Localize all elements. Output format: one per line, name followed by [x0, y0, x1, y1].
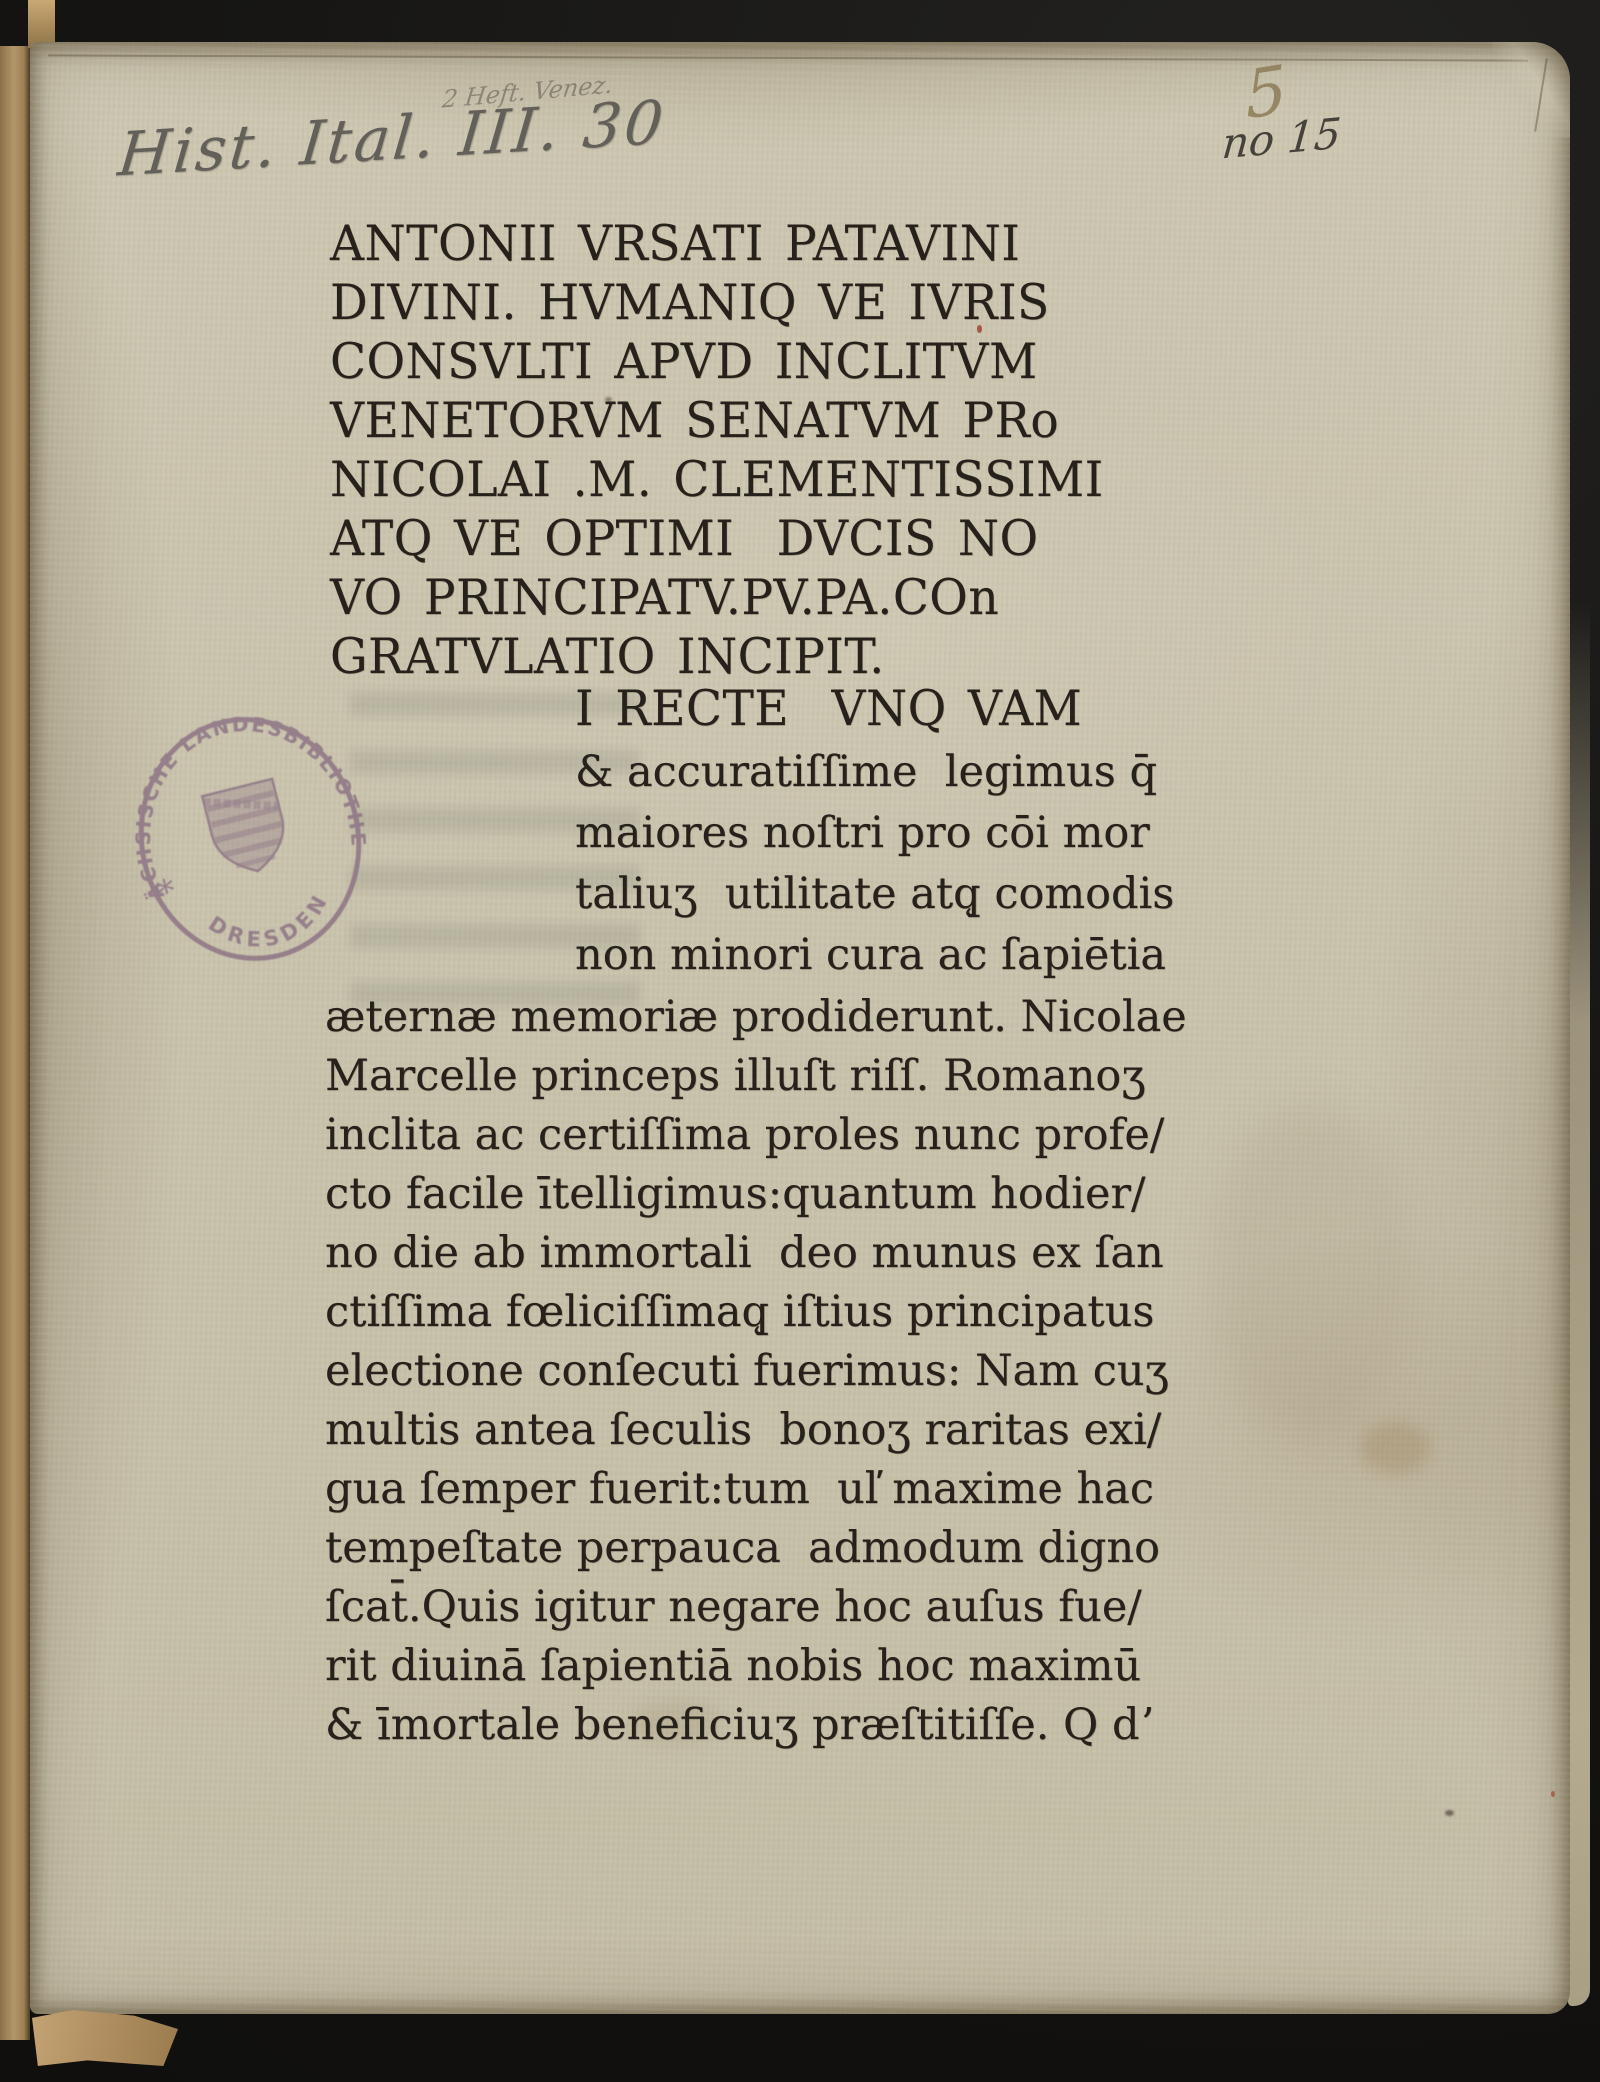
ink-speck — [1551, 1791, 1555, 1797]
text-line: æternæ memoriæ prodiderunt. Nicolae — [325, 988, 1187, 1047]
text-line: ctiſſima fœliciſſimaq̨ iſtius principatu… — [325, 1283, 1187, 1342]
saxony-shield — [202, 779, 293, 880]
text-line: maiores noſtri pro cōi mor — [575, 803, 1174, 864]
scan-background: 2 Heft. Venez. Hist. Ital. III. 30 5 no … — [0, 0, 1600, 2082]
paper-stain — [1360, 1422, 1430, 1474]
handwritten-shelfmark: Hist. Ital. III. 30 — [115, 87, 669, 190]
stamp-star: * — [154, 871, 180, 914]
text-line: rit diuinā ſapientiā nobis hoc maximū — [325, 1637, 1187, 1696]
page-top-crease — [48, 54, 1528, 61]
title-line: CONSVLTI APVD INCLITVM — [330, 332, 1104, 391]
title-line: VO PRINCIPATV.PV.PA.COn — [330, 568, 1104, 627]
underlying-page-edge — [1568, 600, 1590, 2006]
text-line: tempeſtate perpauca admodum digno — [325, 1519, 1187, 1578]
loose-paper-fragment — [32, 2010, 178, 2066]
text-line: cto facile ītelligimus:quantum hodier/ — [325, 1165, 1187, 1224]
text-line: inclita ac certiſſima proles nunc profe/ — [325, 1106, 1187, 1165]
book-binding-edge — [0, 46, 30, 2040]
title-line: NICOLAI .M. CLEMENTISSIMI — [330, 450, 1104, 509]
text-line: taliuʒ utilitate atq̨ comodis — [575, 864, 1174, 925]
corner-fold — [1492, 42, 1570, 138]
text-line: gua ſemper fuerit:tum uľ maxime hac — [325, 1460, 1187, 1519]
printed-title-block: ANTONII VRSATI PATAVINI DIVINI. HVMANIQ … — [330, 214, 1104, 686]
text-line: multis antea ſeculis bonoʒ raritas exi/ — [325, 1401, 1187, 1460]
title-line: ATQ VE OPTIMI DVCIS NO — [330, 509, 1104, 568]
text-line: electione conſecuti fuerimus: Nam cuʒ — [325, 1342, 1187, 1401]
title-line: GRATVLATIO INCIPIT. — [330, 627, 1104, 686]
title-line: DIVINI. HVMANIQ VE IVRIS — [330, 273, 1104, 332]
text-line: Marcelle princeps illuſt riſſ. Romanoʒ — [325, 1047, 1187, 1106]
title-line: ANTONII VRSATI PATAVINI — [330, 214, 1104, 273]
title-line: VENETORVM SENATVM PRo — [330, 391, 1104, 450]
indented-text-block: & accuratiſſime legimus q̄ maiores noſtr… — [575, 742, 1174, 986]
ink-speck — [1445, 1810, 1454, 1816]
paper-stain — [1210, 1102, 1410, 1442]
text-line: no die ab immortali deo munus ex ſan — [325, 1224, 1187, 1283]
text-line: non minori cura ac ſapiētia — [575, 925, 1174, 986]
binding-notch — [28, 0, 55, 48]
text-line: & īmortale beneficiuʒ præſtitiſſe. Q dʼ — [325, 1696, 1187, 1755]
book-page: 2 Heft. Venez. Hist. Ital. III. 30 5 no … — [30, 42, 1570, 2014]
handwritten-number-no15: no 15 — [1220, 109, 1343, 169]
body-text-block: æternæ memoriæ prodiderunt. Nicolae Marc… — [325, 988, 1187, 1755]
library-stamp: SÄCHSISCHE LANDESBIBLIOTHEK DRESDEN * — [130, 706, 370, 972]
text-line: ſcat̄.Quis igitur negare hoc auſus fue/ — [325, 1578, 1187, 1637]
incipit-line: I RECTE VNQ VAM — [575, 679, 1082, 738]
text-line: & accuratiſſime legimus q̄ — [575, 742, 1174, 803]
